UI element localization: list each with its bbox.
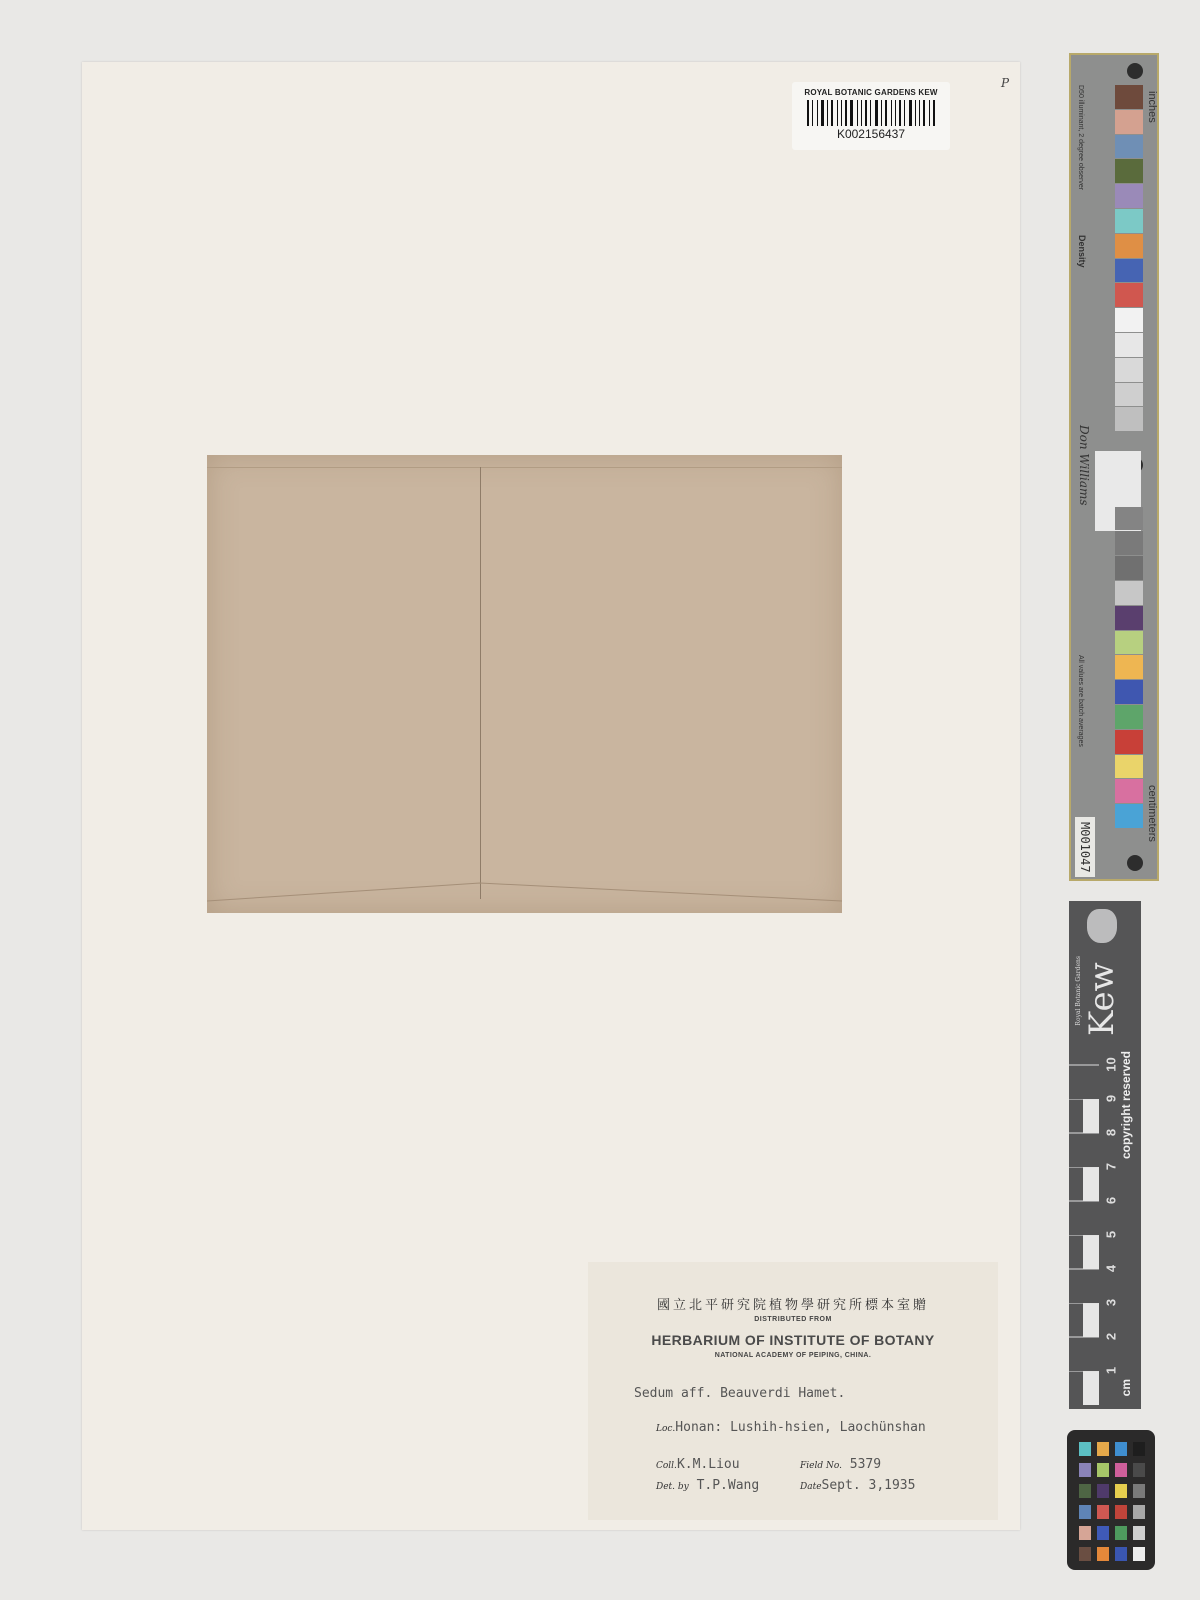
sheet-annotation: P (1001, 76, 1009, 90)
color-patch (1079, 1442, 1091, 1456)
date-value: Sept. 3,1935 (822, 1478, 916, 1493)
cm-number: 5 (1104, 1225, 1119, 1245)
barcode-bar (881, 100, 882, 126)
barcode-bar (885, 100, 887, 126)
ruler-hole-icon (1127, 63, 1143, 79)
color-swatch (1115, 308, 1143, 332)
color-patch (1115, 1442, 1127, 1456)
barcode-bar (817, 100, 818, 126)
color-patch (1097, 1463, 1109, 1477)
color-swatch (1115, 507, 1143, 531)
barcode-bar (865, 100, 867, 126)
barcode-bar (870, 100, 871, 126)
cm-number: 1 (1104, 1361, 1119, 1381)
barcode-bar (929, 100, 930, 126)
color-patch (1079, 1547, 1091, 1561)
barcode-bar (841, 100, 842, 126)
barcode-bar (919, 100, 920, 126)
color-patch (1097, 1547, 1109, 1561)
field-no-value: 5379 (850, 1457, 881, 1472)
color-patch (1079, 1505, 1091, 1519)
batch-note: All values are batch averages (1077, 655, 1084, 747)
collector-value: K.M.Liou (677, 1457, 740, 1472)
det-label: Det. by (656, 1482, 689, 1492)
color-patch (1097, 1442, 1109, 1456)
cm-number: 10 (1104, 1055, 1119, 1075)
color-patch (1079, 1463, 1091, 1477)
color-patch (1133, 1484, 1145, 1498)
color-swatch (1115, 135, 1143, 159)
inches-label: inches (1146, 91, 1158, 123)
field-no-row: Field No. 5379 (800, 1457, 881, 1472)
color-swatch (1115, 407, 1143, 431)
cm-number: 9 (1104, 1089, 1119, 1109)
cm-scale-ticks (1069, 1059, 1099, 1405)
color-patch (1079, 1484, 1091, 1498)
density-label: Density (1077, 235, 1087, 268)
locality-row: Loc.Honan: Lushih-hsien, Laochünshan (656, 1420, 926, 1435)
barcode-number: K002156437 (792, 127, 950, 141)
color-swatch (1115, 755, 1143, 779)
color-patch (1115, 1526, 1127, 1540)
color-swatch (1115, 581, 1143, 605)
barcode-bar (909, 100, 912, 126)
color-swatch (1115, 531, 1143, 555)
color-patch (1097, 1484, 1109, 1498)
barcode-bar (895, 100, 896, 126)
color-patch (1133, 1547, 1145, 1561)
barcode-bar (933, 100, 935, 126)
herbarium-name: HERBARIUM OF INSTITUTE OF BOTANY (588, 1332, 998, 1348)
taxon-name: Sedum aff. Beauverdi Hamet. (634, 1386, 845, 1401)
barcode-label: ROYAL BOTANIC GARDENS KEW K002156437 (792, 82, 950, 150)
color-patch (1079, 1526, 1091, 1540)
color-patch (1097, 1526, 1109, 1540)
collector-row: Coll.K.M.Liou (656, 1457, 740, 1472)
royal-crest-icon (1087, 909, 1117, 943)
color-swatch (1115, 631, 1143, 655)
barcode-bar (837, 100, 838, 126)
barcode-bar (923, 100, 925, 126)
color-swatch (1115, 779, 1143, 803)
specimen-label: 國立北平研究院植物學研究所標本室贈 DISTRIBUTED FROM HERBA… (588, 1262, 998, 1520)
cm-number: 4 (1104, 1259, 1119, 1279)
color-swatch (1115, 209, 1143, 233)
ruler-hole-icon (1127, 855, 1143, 871)
academy-name: NATIONAL ACADEMY OF PEIPING, CHINA. (588, 1352, 998, 1359)
determiner-row: Det. by T.P.Wang (656, 1478, 759, 1493)
color-swatch (1115, 804, 1143, 828)
kew-brand: Kew (1082, 949, 1122, 1049)
cm-number: 3 (1104, 1293, 1119, 1313)
chinese-header: 國立北平研究院植物學研究所標本室贈 (588, 1294, 998, 1313)
locality-label: Loc. (656, 1424, 675, 1434)
color-patch (1115, 1484, 1127, 1498)
color-patch (1115, 1463, 1127, 1477)
color-swatch (1115, 680, 1143, 704)
color-swatch (1115, 606, 1143, 630)
barcode-bar (861, 100, 862, 126)
cm-number: 2 (1104, 1327, 1119, 1347)
color-patch (1115, 1547, 1127, 1561)
cm-number: 6 (1104, 1191, 1119, 1211)
color-swatch (1115, 283, 1143, 307)
color-swatch (1115, 556, 1143, 580)
barcode-bar (857, 100, 858, 126)
color-swatch (1115, 110, 1143, 134)
color-swatch (1115, 358, 1143, 382)
color-checker-card (1067, 1430, 1155, 1570)
barcode-icon (807, 100, 935, 126)
envelope-bottom-flap-icon (207, 455, 842, 913)
specimen-envelope[interactable] (207, 455, 842, 913)
barcode-bar (891, 100, 892, 126)
color-patch (1133, 1505, 1145, 1519)
ruler-id: M001047 (1075, 817, 1095, 877)
color-swatch (1115, 705, 1143, 729)
color-patch (1133, 1442, 1145, 1456)
color-patch (1133, 1526, 1145, 1540)
color-swatch (1115, 234, 1143, 258)
date-label: Date (800, 1482, 822, 1492)
kew-scale-ruler: Royal Botanic Gardens Kew copyright rese… (1069, 901, 1141, 1409)
centimeters-label: centimeters (1146, 785, 1158, 842)
barcode-bar (915, 100, 916, 126)
cm-number: 8 (1104, 1123, 1119, 1143)
barcode-bar (875, 100, 878, 126)
color-swatch (1115, 184, 1143, 208)
barcode-bar (831, 100, 833, 126)
barcode-bar (827, 100, 828, 126)
barcode-institution: ROYAL BOTANIC GARDENS KEW (792, 88, 950, 97)
cm-number: 7 (1104, 1157, 1119, 1177)
det-value: T.P.Wang (697, 1478, 760, 1493)
barcode-bar (812, 100, 813, 126)
locality-value: Honan: Lushih-hsien, Laochünshan (675, 1420, 925, 1435)
color-swatch (1115, 259, 1143, 283)
date-row: DateSept. 3,1935 (800, 1478, 915, 1493)
color-swatch (1115, 333, 1143, 357)
color-patch (1097, 1505, 1109, 1519)
color-patch (1115, 1505, 1127, 1519)
kew-brand-small: Royal Botanic Gardens (1075, 956, 1082, 1026)
illuminant-note: D50 illuminant, 2 degree observer (1077, 85, 1084, 190)
distributed-from: DISTRIBUTED FROM (588, 1316, 998, 1323)
cm-unit-label: cm (1119, 1379, 1133, 1396)
barcode-bar (904, 100, 905, 126)
color-calibration-ruler: inches centimeters D50 illuminant, 2 deg… (1069, 53, 1159, 881)
barcode-bar (850, 100, 853, 126)
collector-label: Coll. (656, 1461, 677, 1471)
color-swatch (1115, 655, 1143, 679)
color-swatch (1115, 159, 1143, 183)
color-swatch (1115, 383, 1143, 407)
color-patch (1133, 1463, 1145, 1477)
barcode-bar (821, 100, 824, 126)
copyright-note: copyright reserved (1119, 1051, 1133, 1159)
ruler-brand: Don Williams (1077, 425, 1091, 506)
barcode-bar (807, 100, 809, 126)
barcode-bar (899, 100, 901, 126)
color-swatch (1115, 85, 1143, 109)
barcode-bar (845, 100, 847, 126)
field-no-label: Field No. (800, 1461, 842, 1471)
color-swatch (1115, 730, 1143, 754)
